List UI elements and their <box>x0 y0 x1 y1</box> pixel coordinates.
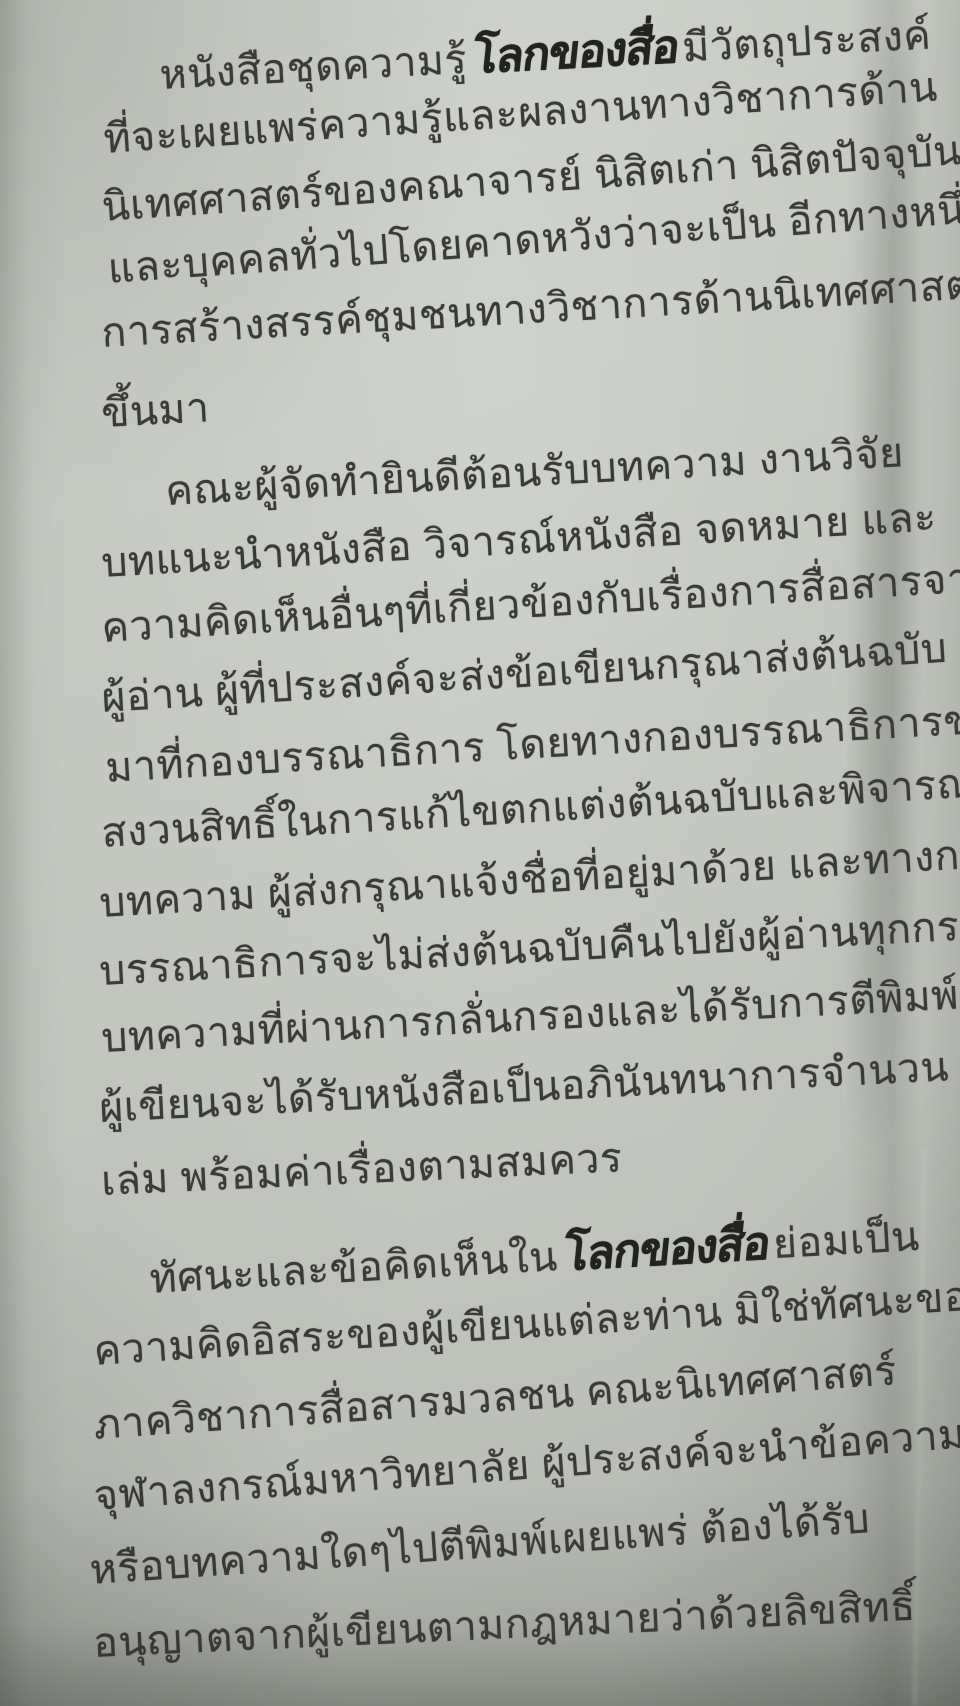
text-segment: ย่อมเป็น <box>772 1213 921 1267</box>
text-line: อนุญาตจากผู้เขียนตามกฎหมายว่าด้วยลิขสิทธ… <box>92 1579 917 1670</box>
text-segment: ทัศนะและข้อคิดเห็นใน <box>148 1233 558 1302</box>
text-line: เล่ม พร้อมค่าเรื่องตามสมควร <box>100 1130 623 1208</box>
text-line: ขึ้นมา <box>100 380 211 440</box>
book-page-photo: หนังสือชุดความรู้โลกของสื่อมีวัตถุประสงค… <box>0 0 960 1706</box>
text-segment: หนังสือชุดความรู้ <box>158 36 468 98</box>
series-logo: โลกของสื่อ <box>554 1212 776 1285</box>
